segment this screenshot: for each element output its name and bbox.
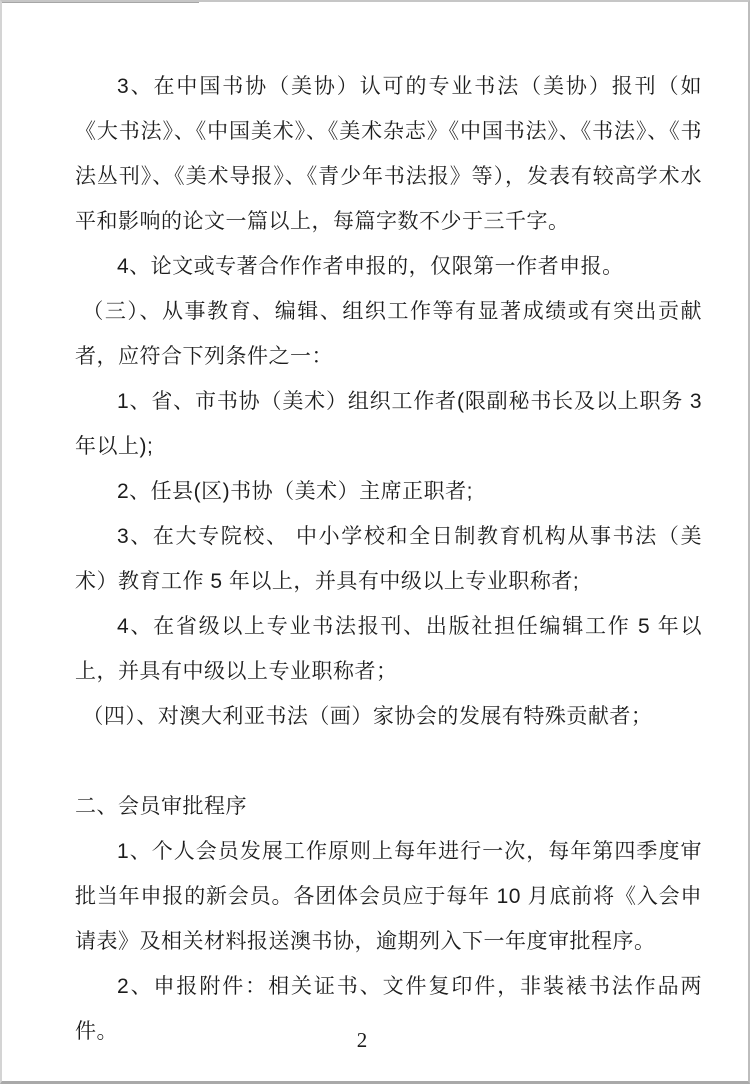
blank-line xyxy=(75,739,702,784)
document-page: 3、在中国书协（美协）认可的专业书法（美协）报刊（如《大书法》、《中国美术》、《… xyxy=(0,0,750,1084)
document-paragraph: （四）、对澳大利亚书法（画）家协会的发展有特殊贡献者； xyxy=(75,694,702,739)
document-paragraph: 2、任县(区)书协（美术）主席正职者; xyxy=(75,469,702,514)
document-paragraph: 1、个人会员发展工作原则上每年进行一次，每年第四季度审批当年申报的新会员。各团体… xyxy=(75,829,702,964)
section-heading: 二、会员审批程序 xyxy=(75,784,702,829)
scan-artifact-strip xyxy=(0,0,199,3)
document-paragraph: 3、在中国书协（美协）认可的专业书法（美协）报刊（如《大书法》、《中国美术》、《… xyxy=(75,64,702,244)
page-number: 2 xyxy=(2,1026,722,1054)
document-paragraph: （三）、从事教育、编辑、组织工作等有显著成绩或有突出贡献者，应符合下列条件之一： xyxy=(75,289,702,379)
document-paragraph: 4、论文或专著合作作者申报的，仅限第一作者申报。 xyxy=(75,244,702,289)
document-paragraph: 1、省、市书协（美术）组织工作者(限副秘书长及以上职务 3 年以上); xyxy=(75,379,702,469)
document-content: 3、在中国书协（美协）认可的专业书法（美协）报刊（如《大书法》、《中国美术》、《… xyxy=(75,64,702,1054)
document-paragraph: 3、在大专院校、 中小学校和全日制教育机构从事书法（美术）教育工作 5 年以上，… xyxy=(75,514,702,604)
document-paragraph: 4、在省级以上专业书法报刊、出版社担任编辑工作 5 年以上，并具有中级以上专业职… xyxy=(75,604,702,694)
